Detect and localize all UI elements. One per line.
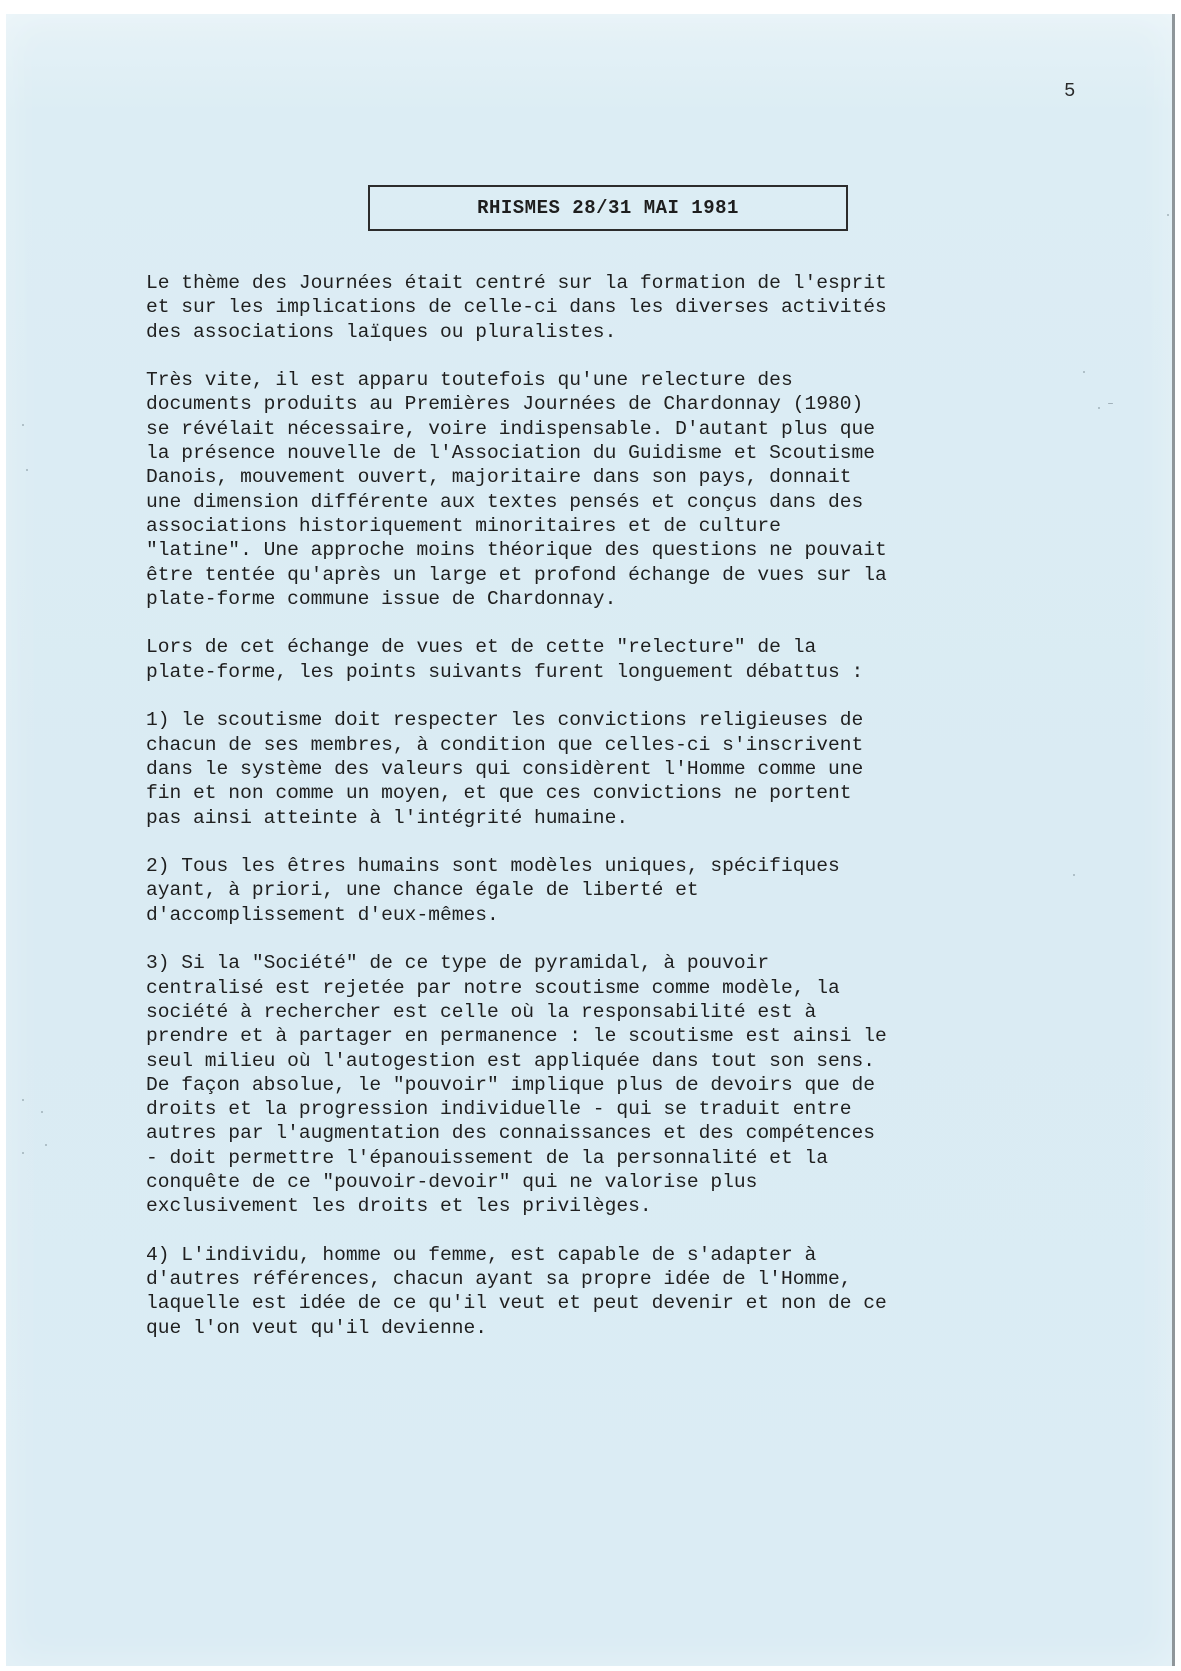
document-page: 5 RHISMES 28/31 MAI 1981 Le thème des Jo…	[6, 14, 1175, 1666]
scan-speck	[1083, 371, 1085, 373]
scan-speck	[22, 424, 24, 426]
paragraph-intro: Le thème des Journées était centré sur l…	[146, 271, 1086, 344]
page-number: 5	[1064, 80, 1075, 102]
scan-speck	[1108, 403, 1113, 404]
scan-speck	[41, 1111, 43, 1113]
point-1: 1) le scoutisme doit respecter les convi…	[146, 708, 1086, 829]
point-2: 2) Tous les êtres humains sont modèles u…	[146, 854, 1086, 927]
scan-speck	[1167, 214, 1169, 216]
scan-speck	[26, 469, 28, 471]
paragraph-debate: Lors de cet échange de vues et de cette …	[146, 635, 1086, 684]
document-body: Le thème des Journées était centré sur l…	[146, 271, 1086, 1364]
scan-speck	[1073, 874, 1075, 876]
paragraph-relecture: Très vite, il est apparu toutefois qu'un…	[146, 368, 1086, 611]
scan-speck	[22, 1152, 24, 1154]
scan-speck	[22, 1099, 24, 1101]
document-title: RHISMES 28/31 MAI 1981	[477, 197, 739, 219]
point-3: 3) Si la "Société" de ce type de pyramid…	[146, 951, 1086, 1218]
point-4: 4) L'individu, homme ou femme, est capab…	[146, 1243, 1086, 1340]
scan-speck	[1098, 407, 1100, 409]
title-box: RHISMES 28/31 MAI 1981	[368, 185, 848, 231]
scan-speck	[45, 1144, 47, 1146]
